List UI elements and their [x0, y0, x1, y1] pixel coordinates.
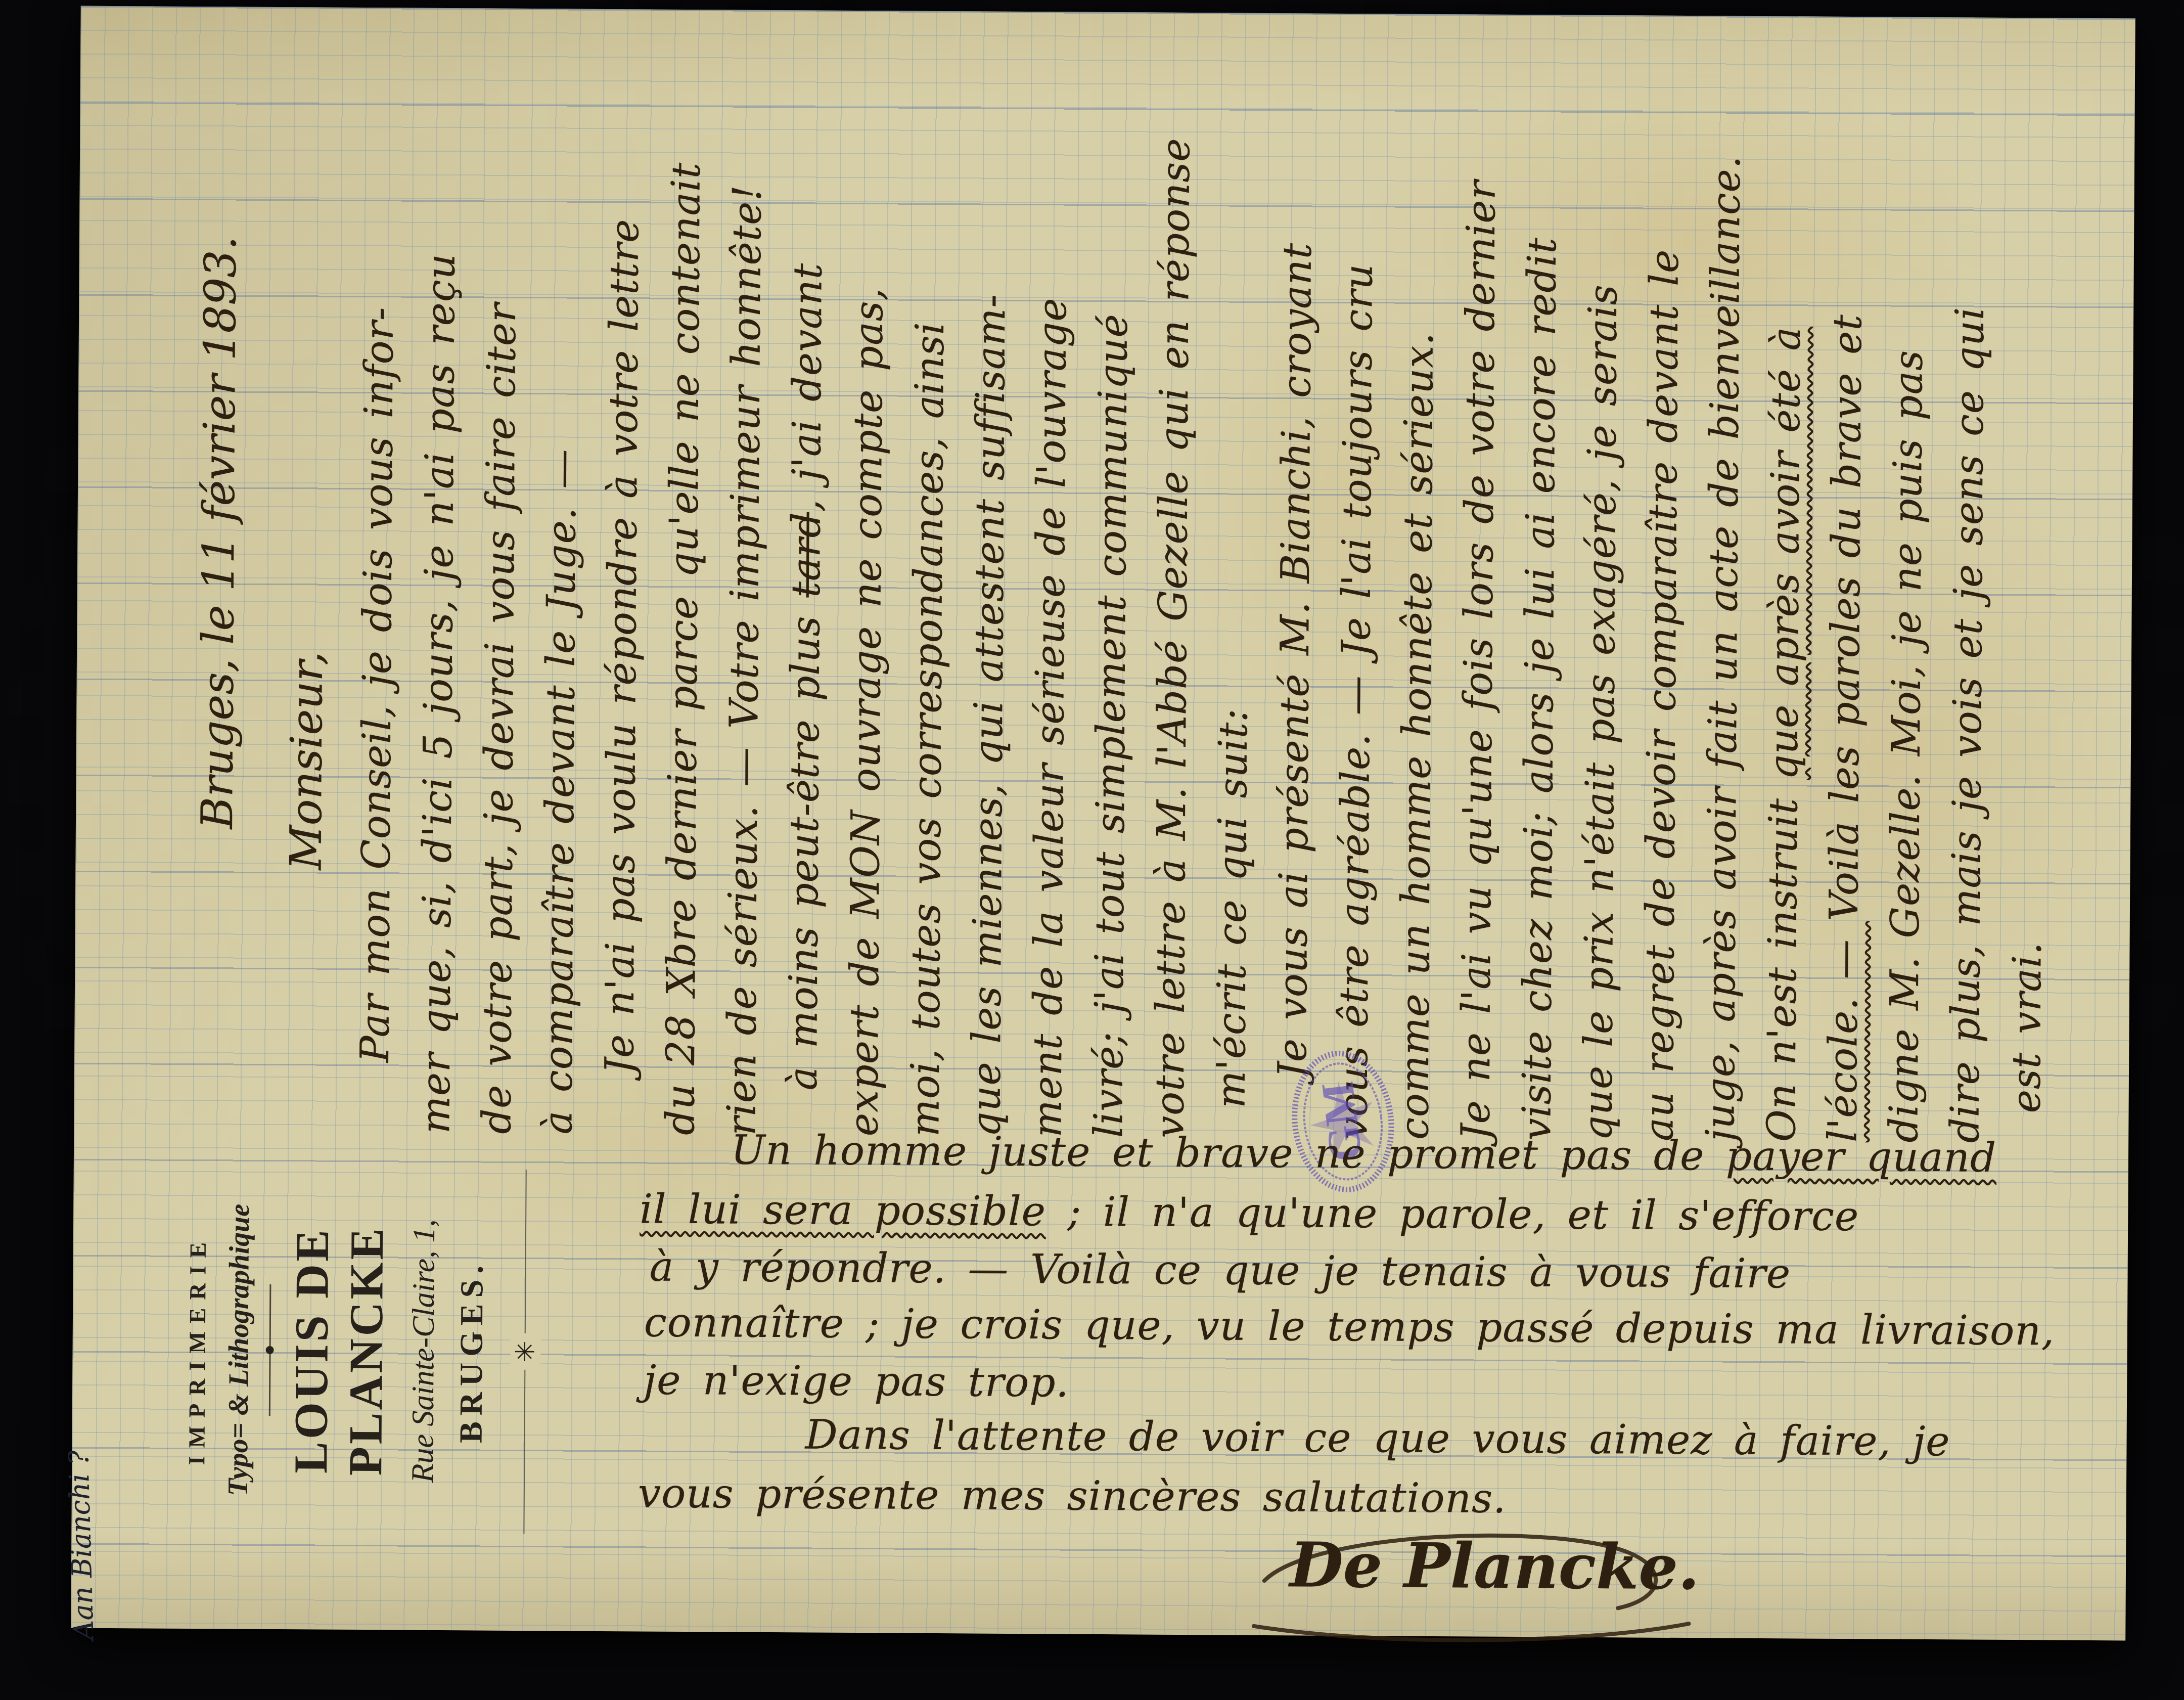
closing-line: Dans l'attente de voir ce que vous aimez… — [805, 1407, 1950, 1469]
letter-line: Je n'ai pas voulu répondre à votre lettr… — [589, 48, 657, 1075]
letterhead-typo-litho: Typo= & Lithographique — [221, 1135, 256, 1564]
letter-line: Je ne l'ai vu qu'une fois lors de votre … — [1445, 53, 1513, 1140]
line-segment: à moins peut-être plus — [781, 597, 829, 1090]
letter-line: Je vous ai présenté M. Bianchi, croyant — [1262, 52, 1330, 1079]
letter-line: du 28 Xbre dernier parce qu'elle ne cont… — [650, 48, 718, 1136]
line-segment: On n'est instruit — [1759, 780, 1806, 1142]
letter-line: votre lettre à M. l'Abbé Gezelle qui en … — [1140, 51, 1207, 1138]
underlined-phrase: l'école. — — [1820, 921, 1867, 1142]
letter-line: mer que, si, d'ici 5 jours, je n'ai pas … — [405, 47, 473, 1134]
struck-word: tard — [784, 512, 830, 598]
closing-line: vous présente mes sincères salutations. — [638, 1465, 1507, 1526]
letterhead-imprimerie: IMPRIMERIE — [183, 1135, 212, 1564]
letter-line: moi, toutes vos correspondances, ainsi — [895, 50, 963, 1137]
fleuron-ornament-icon: ✳ — [510, 1333, 540, 1370]
letter-line: est vrai. — [1996, 56, 2064, 1113]
letterhead-rule: ✳ — [509, 1170, 541, 1534]
underlined-phrase: que après avoir été à — [1761, 326, 1809, 780]
corner-annotation: Aan Bianchi ? — [62, 1421, 123, 1640]
underlined-phrase: il lui sera possible — [640, 1185, 1046, 1235]
closing-line: il lui sera possible ; il n'a qu'une par… — [640, 1181, 1859, 1244]
letter-line: visite chez moi; alors je lui ai encore … — [1507, 53, 1574, 1141]
letter-line: comme un homme honnête et sérieux. — [1384, 52, 1452, 1140]
letter-line: vous être agréable. — Je l'ai toujours c… — [1323, 52, 1391, 1140]
signature: De Plancke. — [1290, 1528, 1700, 1603]
letter-line: m'écrit ce qui suit: — [1201, 51, 1269, 1108]
letter-sheet: IMPRIMERIE Typo= & Lithographique LOUIS … — [71, 6, 2135, 1641]
letter-line: à moins peut-être plus tard, j'ai devant — [773, 49, 841, 1091]
closing-line: connaître ; je crois que, vu le temps pa… — [644, 1294, 2055, 1359]
letter-line: que le prix n'était pas exagéré, je sera… — [1568, 54, 1635, 1141]
letter-line: l'école. — Voilà les paroles du brave et — [1812, 55, 1880, 1143]
closing-line: Un homme juste et brave ne promet pas de… — [731, 1123, 1997, 1186]
rotated-letter-body: Bruges, le 11 février 1893. Monsieur, Pa… — [183, 45, 2060, 1144]
letter-line: juge, après avoir fait un acte de bienve… — [1690, 54, 1758, 1142]
letterhead-city: BRUGES. — [451, 1136, 491, 1566]
letter-line: livré; j'ai tout simplement communiqué — [1078, 51, 1146, 1138]
line-segment: , j'ai devant — [784, 262, 831, 512]
salutation: Monsieur, — [273, 46, 344, 870]
closing-line: je n'exige pas trop. — [644, 1352, 1069, 1410]
letter-line: Par mon Conseil, je dois vous infor- — [345, 46, 412, 1063]
printed-letterhead: IMPRIMERIE Typo= & Lithographique LOUIS … — [183, 1135, 539, 1567]
letterhead-printer-name: LOUIS DE PLANCKE — [283, 1135, 395, 1565]
line-segment: Voilà les paroles du brave et — [1822, 314, 1871, 921]
letter-line: que les miennes, qui attestent suffisam- — [956, 50, 1024, 1137]
letter-line: de votre part, je devrai vous faire cite… — [467, 47, 534, 1134]
date-line: Bruges, le 11 février 1893. — [185, 45, 255, 829]
letter-line: rien de sérieux. — Votre imprimeur honnê… — [711, 48, 779, 1136]
letter-line: à comparaître devant le Juge. — — [528, 47, 596, 1135]
letter-line: digne M. Gezelle. Moi, je ne puis pas — [1874, 55, 1941, 1143]
underlined-phrase: payer quand — [1726, 1133, 1997, 1181]
line-segment: ; il n'a qu'une parole, et il s'efforce — [1046, 1188, 1859, 1240]
photograph-of-letter: { "document": { "kind": "handwritten let… — [0, 0, 2184, 1700]
letter-line: au regret de devoir comparaître devant l… — [1629, 54, 1697, 1141]
letter-line: expert de MON ouvrage ne compte pas, — [834, 49, 901, 1137]
closing-line: à y répondre. — Voilà ce que je tenais à… — [649, 1239, 1791, 1302]
letter-line: On n'est instruit que après avoir été à — [1751, 55, 1819, 1142]
letterhead-divider — [264, 1284, 276, 1416]
letterhead-address: Rue Sainte-Claire, 1, — [404, 1136, 443, 1566]
letter-line: dire plus, mais je vois et je sens ce qu… — [1935, 56, 2003, 1143]
letter-line: ment de la valeur sérieuse de l'ouvrage — [1017, 50, 1085, 1138]
line-segment: Un homme juste et brave ne promet pas de — [731, 1127, 1726, 1180]
